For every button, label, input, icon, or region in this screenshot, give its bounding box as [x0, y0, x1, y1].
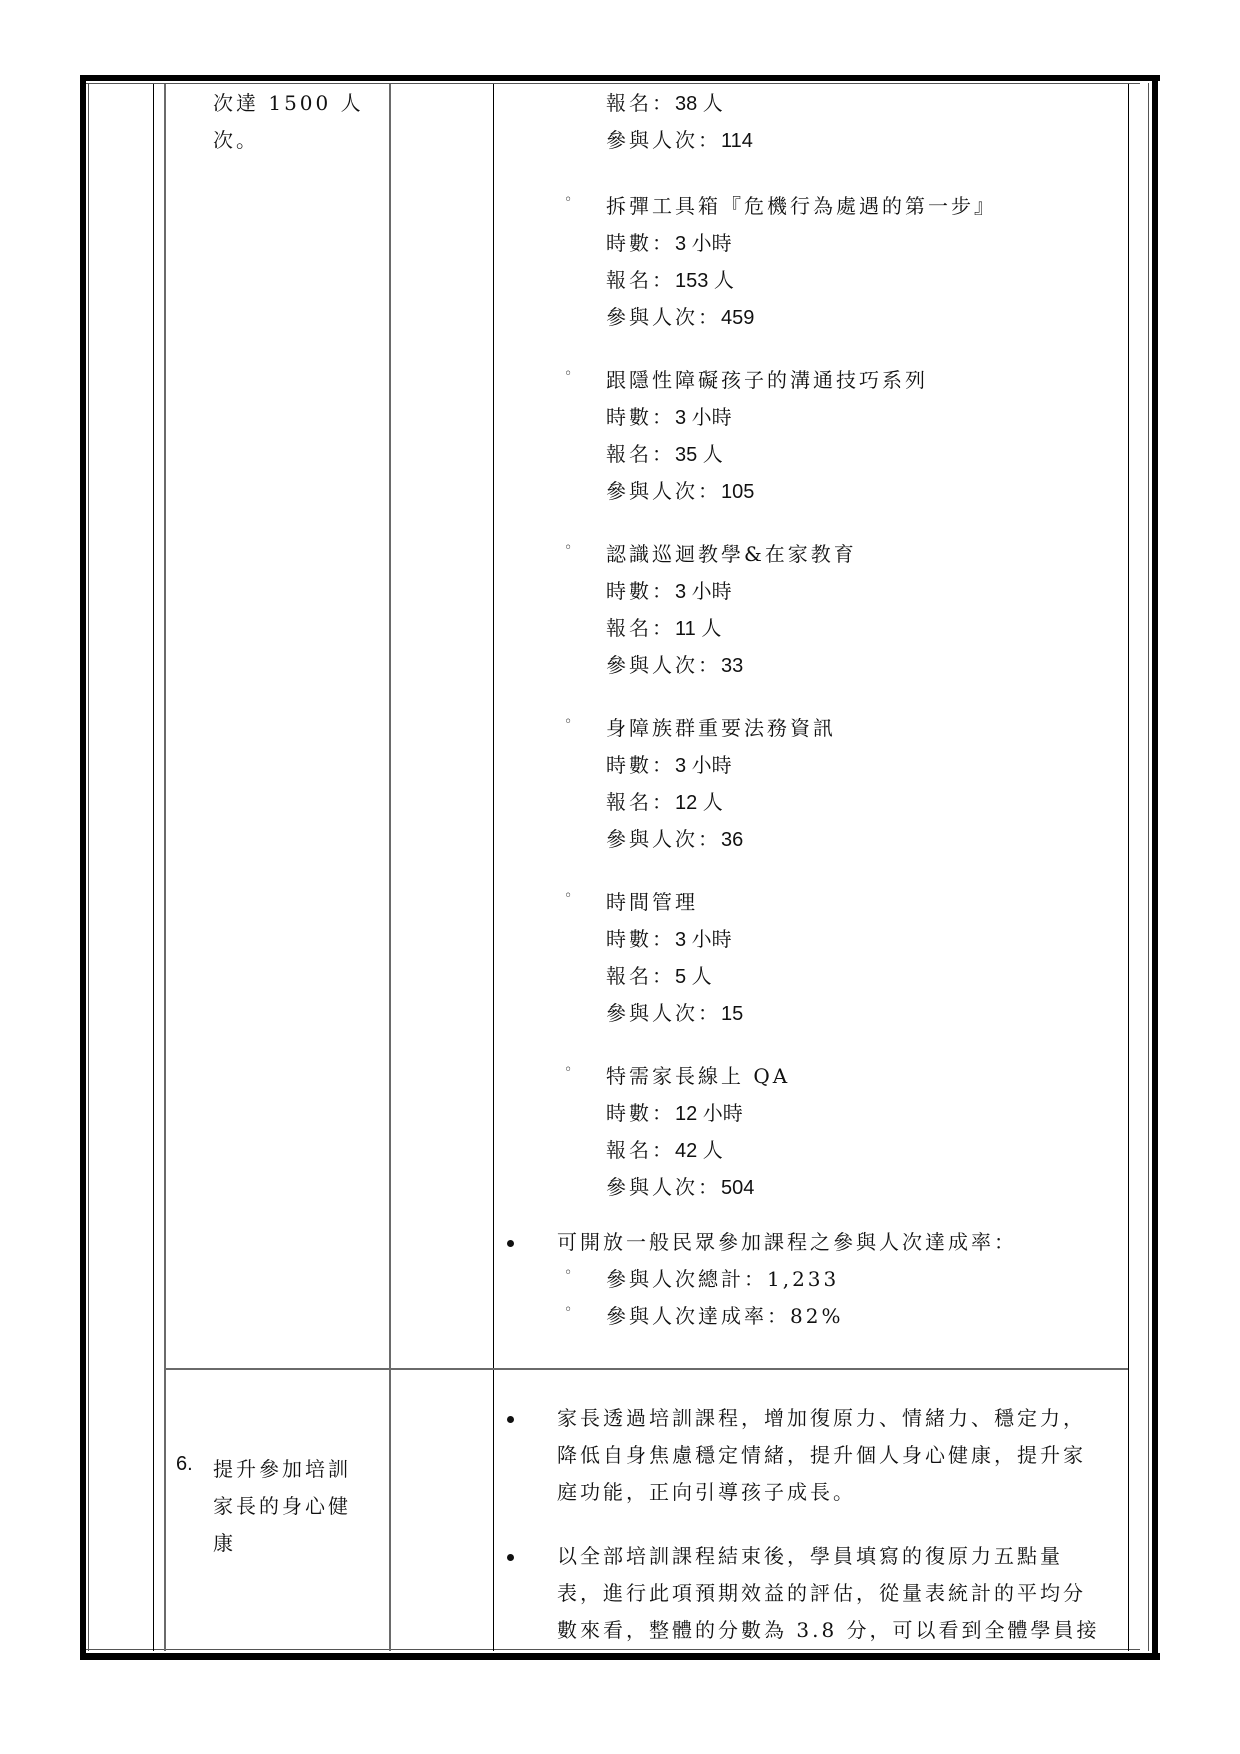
hours-value: 3 小時 [675, 929, 732, 951]
hours-line: 時數：3 小時 [606, 227, 732, 256]
hours-value: 3 小時 [675, 407, 732, 429]
signup-label: 報名： [606, 268, 675, 292]
signup-value: 42 人 [675, 1140, 723, 1162]
result-line: 家長透過培訓課程，增加復原力、情緒力、穩定力， [557, 1402, 1086, 1431]
circle-bullet-icon: ◦ [564, 540, 572, 556]
signup-value: 153 人 [675, 270, 734, 292]
goal-text-line: 提升參加培訓 [213, 1453, 351, 1482]
bullet-icon [507, 1554, 514, 1561]
attendance-line: 參與人次：33 [606, 649, 743, 678]
attendance-label: 參與人次： [606, 479, 721, 503]
result-line: 降低自身焦慮穩定情緒，提升個人身心健康，提升家 [557, 1439, 1086, 1468]
course-title: 跟隱性障礙孩子的溝通技巧系列 [606, 364, 928, 393]
result-line: 以全部培訓課程結束後，學員填寫的復原力五點量 [557, 1540, 1063, 1569]
attendance-value: 33 [721, 655, 743, 677]
result-line: 庭功能，正向引導孩子成長。 [557, 1476, 856, 1505]
goal-text-line: 次達 1500 人 [213, 87, 364, 116]
signup-line: 報名：12 人 [606, 786, 723, 815]
column-divider-2 [164, 84, 166, 1651]
hours-label: 時數： [606, 1101, 675, 1125]
goal-number: 6. [176, 1453, 193, 1476]
signup-line: 報名：153 人 [606, 264, 734, 293]
attendance-value: 504 [721, 1177, 754, 1199]
signup-value: 5 人 [675, 966, 712, 988]
goal-text-line: 家長的身心健 [213, 1490, 351, 1519]
attendance-label: 參與人次： [606, 1001, 721, 1025]
signup-label: 報名： [606, 790, 675, 814]
hours-line: 時數：12 小時 [606, 1097, 743, 1126]
course-title: 時間管理 [606, 886, 698, 915]
attendance-line: 參與人次：15 [606, 997, 743, 1026]
column-divider-4 [493, 84, 494, 1651]
signup-value: 11 人 [675, 618, 721, 640]
hours-value: 3 小時 [675, 581, 732, 603]
signup-label: 報名： [606, 964, 675, 988]
attendance-label: 參與人次： [606, 128, 721, 152]
attendance-label: 參與人次： [606, 827, 721, 851]
circle-bullet-icon: ◦ [564, 1062, 572, 1078]
signup-label: 報名： [606, 91, 675, 115]
hours-label: 時數： [606, 231, 675, 255]
signup-line: 報名：42 人 [606, 1134, 723, 1163]
hours-label: 時數： [606, 927, 675, 951]
course-title-text: 認識巡迴教學&在家教育 [606, 542, 857, 566]
signup-value: 38 人 [675, 93, 723, 115]
circle-bullet-icon: ◦ [564, 714, 572, 730]
hours-value: 12 小時 [675, 1103, 743, 1125]
signup-label: 報名： [606, 616, 675, 640]
column-divider-5 [1128, 84, 1129, 1651]
signup-label: 報名： [606, 442, 675, 466]
goal-text-line: 次。 [213, 124, 259, 153]
signup-value: 35 人 [675, 444, 723, 466]
table-border-top-inner [80, 83, 1140, 84]
attendance-value: 114 [721, 130, 753, 152]
row-divider [165, 1368, 1128, 1370]
bullet-icon [507, 1240, 514, 1247]
goal-text-line: 康 [213, 1527, 236, 1556]
course-title-text: 跟隱性障礙孩子的溝通技巧系列 [606, 368, 928, 392]
circle-bullet-icon: ◦ [564, 888, 572, 904]
attendance-label: 參與人次： [606, 305, 721, 329]
summary-rate: 參與人次達成率：82% [606, 1300, 843, 1329]
signup-line: 報名：35 人 [606, 438, 723, 467]
attendance-value: 459 [721, 307, 754, 329]
attendance-line: 參與人次：36 [606, 823, 743, 852]
course-title: 認識巡迴教學&在家教育 [606, 538, 857, 567]
circle-bullet-icon: ◦ [564, 192, 572, 208]
result-line: 數來看，整體的分數為 3.8 分，可以看到全體學員接 [557, 1614, 1100, 1643]
attendance-value: 36 [721, 829, 743, 851]
summary-heading: 可開放一般民眾參加課程之參與人次達成率： [557, 1226, 1017, 1255]
hours-line: 時數：3 小時 [606, 923, 732, 952]
attendance-line: 參與人次：504 [606, 1171, 754, 1200]
attendance-label: 參與人次： [606, 653, 721, 677]
table-border-top [80, 75, 1160, 81]
hours-line: 時數：3 小時 [606, 575, 732, 604]
course-title-text: 身障族群重要法務資訊 [606, 716, 836, 740]
table-border-left [80, 75, 86, 1660]
hours-line: 時數：3 小時 [606, 401, 732, 430]
attendance-line: 參與人次：459 [606, 301, 754, 330]
circle-bullet-icon: ◦ [564, 1302, 572, 1318]
table-border-bottom-inner [80, 1649, 1140, 1650]
table-border-right-inner [1148, 83, 1149, 1651]
table-border-bottom [80, 1653, 1160, 1660]
summary-total: 參與人次總計：1,233 [606, 1263, 839, 1292]
course-title: 身障族群重要法務資訊 [606, 712, 836, 741]
hours-value: 3 小時 [675, 233, 732, 255]
course-title-text: 時間管理 [606, 890, 698, 914]
signup-line: 報名：5 人 [606, 960, 712, 989]
signup-line: 報名：11 人 [606, 612, 721, 641]
hours-label: 時數： [606, 405, 675, 429]
result-line: 表，進行此項預期效益的評估，從量表統計的平均分 [557, 1577, 1086, 1606]
column-divider-1 [153, 84, 154, 1651]
attendance-label: 參與人次： [606, 1175, 721, 1199]
attendance-value: 105 [721, 481, 754, 503]
circle-bullet-icon: ◦ [564, 366, 572, 382]
signup-line: 報名：38 人 [606, 87, 723, 116]
table-border-right [1152, 75, 1158, 1660]
attendance-line: 參與人次：114 [606, 124, 753, 153]
column-divider-3 [389, 84, 391, 1651]
signup-label: 報名： [606, 1138, 675, 1162]
signup-value: 12 人 [675, 792, 723, 814]
hours-value: 3 小時 [675, 755, 732, 777]
course-title: 拆彈工具箱『危機行為處遇的第一步』 [606, 190, 997, 219]
attendance-value: 15 [721, 1003, 743, 1025]
bullet-icon [507, 1416, 514, 1423]
course-title: 特需家長線上 QA [606, 1060, 790, 1089]
hours-line: 時數：3 小時 [606, 749, 732, 778]
circle-bullet-icon: ◦ [564, 1265, 572, 1281]
attendance-line: 參與人次：105 [606, 475, 754, 504]
course-title-text: 拆彈工具箱『危機行為處遇的第一步』 [606, 194, 997, 218]
course-title-text: 特需家長線上 QA [606, 1064, 790, 1088]
table-border-left-inner [88, 83, 89, 1651]
hours-label: 時數： [606, 753, 675, 777]
hours-label: 時數： [606, 579, 675, 603]
